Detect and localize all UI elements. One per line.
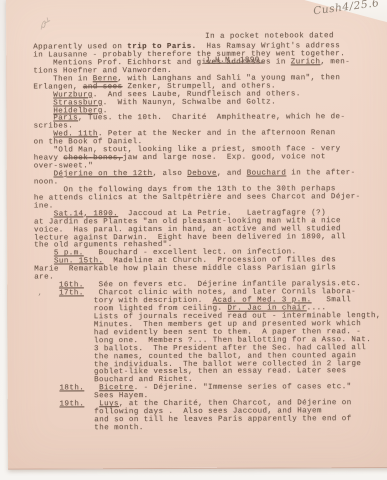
photograph-background: Cush4/25.6 In a pocket notebook dated J.… — [0, 0, 387, 480]
typed-note-page: Cush4/25.6 In a pocket notebook dated J.… — [6, 0, 387, 469]
header-caption: In a pocket notebook dated — [205, 33, 334, 42]
pencil-scribble-icon — [37, 14, 55, 34]
typed-line: he attends clinics at the Saltpêtrière a… — [34, 194, 379, 203]
typed-line: Déjerine on the 12th, also Debove, and B… — [34, 170, 379, 179]
pencil-comma-mark: , — [38, 288, 41, 298]
typed-text-body: Apparently used on trip to Paris. Has Ra… — [33, 43, 380, 433]
typed-line: the month. — [35, 424, 380, 433]
